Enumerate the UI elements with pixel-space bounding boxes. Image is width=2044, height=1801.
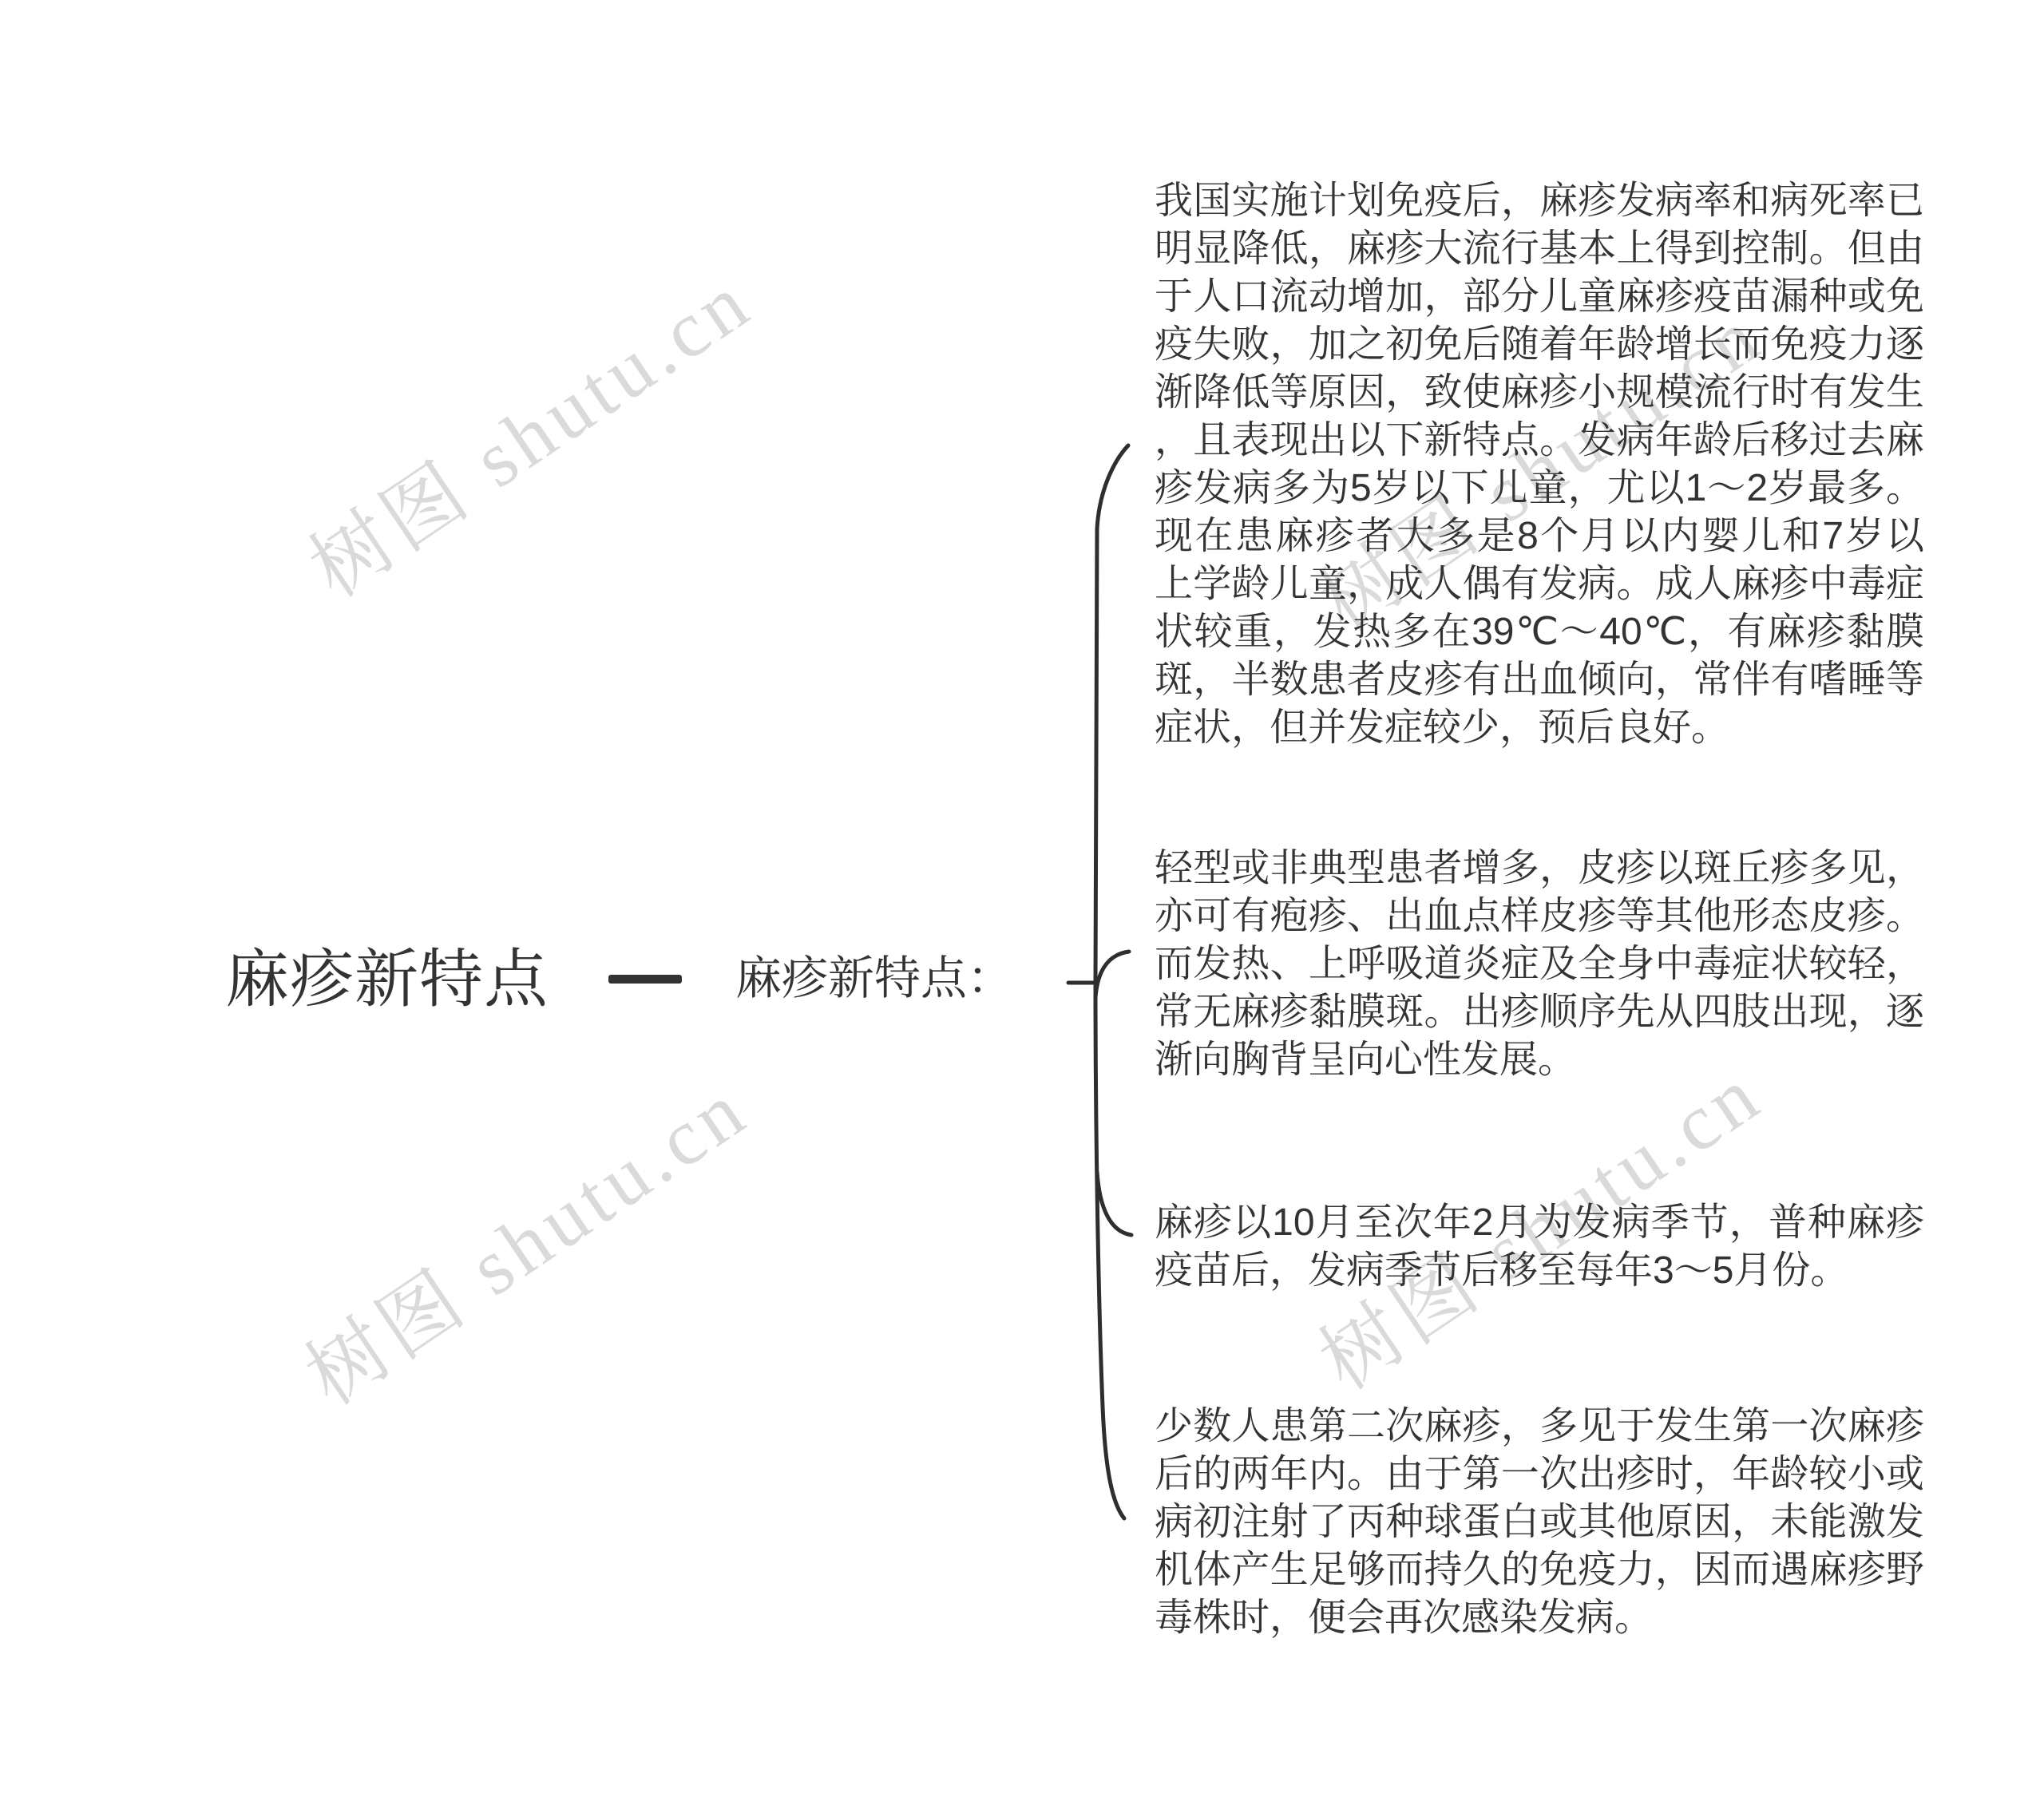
branch-node-1: 我国实施计划免疫后，麻疹发病率和病死率已明显降低，麻疹大流行基本上得到控制。但由… bbox=[1155, 177, 1924, 752]
root-title: 麻疹新特点 bbox=[225, 946, 549, 1013]
branch-node-3: 麻疹以10月至次年2月为发病季节，普种麻疹疫苗后，发病季节后移至每年3～5月份。 bbox=[1155, 1199, 1924, 1295]
branch-node-2: 轻型或非典型患者增多，皮疹以斑丘疹多见，亦可有疱疹、出血点样皮疹等其他形态皮疹。… bbox=[1155, 845, 1924, 1084]
parent-node-label: 麻疹新特点： bbox=[735, 954, 1013, 1003]
connector-branch-2 bbox=[1095, 952, 1129, 998]
branch-node-4: 少数人患第二次麻疹，多见于发生第一次麻疹后的两年内。由于第一次出疹时，年龄较小或… bbox=[1155, 1403, 1924, 1642]
connector-branch-3 bbox=[1097, 1172, 1131, 1235]
mindmap-canvas: 树图 shutu.cn 树图 shutu.cn 树图 shutu.cn 树图 s… bbox=[0, 0, 2044, 1801]
title-connector-dash bbox=[608, 975, 682, 984]
connector-spine bbox=[1095, 445, 1128, 1518]
